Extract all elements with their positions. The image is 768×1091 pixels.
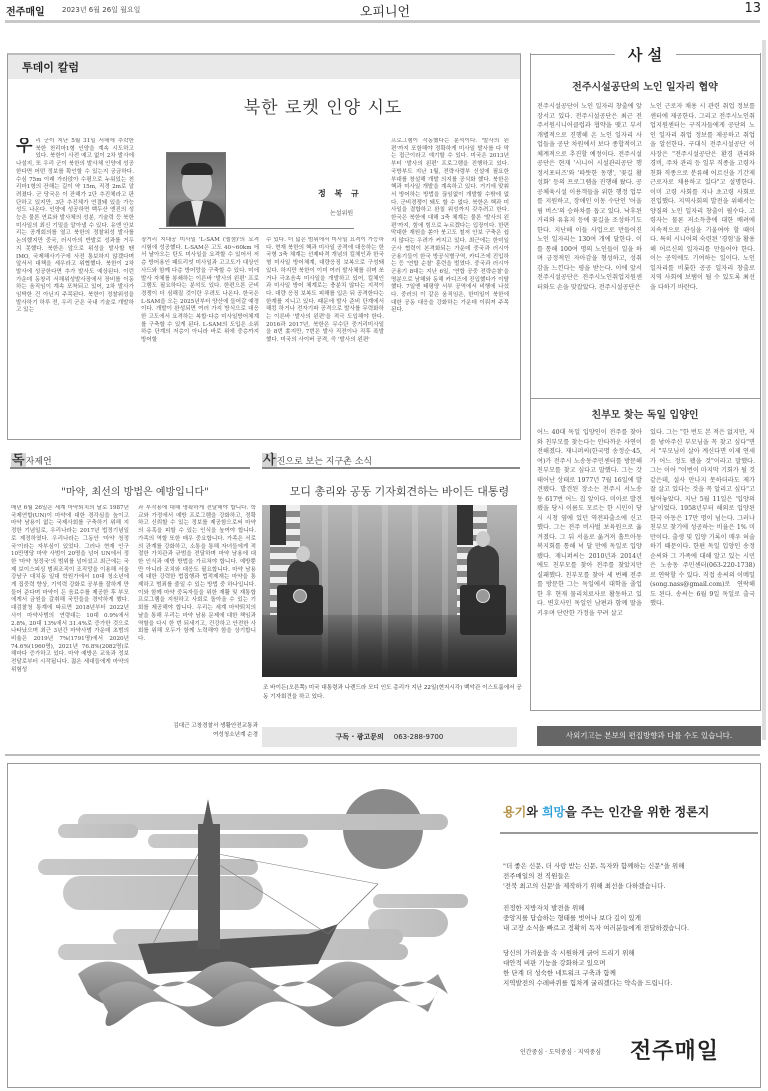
masthead-logo: 전주매일 [6,3,45,18]
editorial-top-rule-right [676,54,761,55]
page-number: 13 [744,1,761,16]
editorial-title: 전주시설공단의 노인 일자리 협약 [535,78,755,93]
reader-header-initial: 독 [11,453,26,468]
photo-news-rule [262,467,520,469]
reader-section-rule [10,467,250,469]
author-role: 논설위원 [330,208,353,217]
ship-illustration-icon [8,764,498,1089]
right-edge-bar [762,40,766,740]
masthead-rule [5,20,760,23]
editorial-body-col1: 전주시설공단이 노인 일자리 창출에 앞장서고 있다. 전주시설공단은 최근 전… [537,102,642,382]
editorial-top-rule-left [530,54,615,55]
photo-news-header-rest: 진으로 보는 지구촌 소식 [277,457,373,467]
ad-paragraph-3: 당신의 가려움을 속 시원하게 긁어 드리기 위해 대안적 비판 기능을 강화하… [503,948,672,988]
subscribe-label: 구독 · 광고문의 [336,733,384,741]
reader-body-col1: 매년 6월 26일은 세계 마약퇴치의 날로 1987년 국제연합(UN)이 마… [11,505,129,745]
ad-paragraph-2: 진정한 지방자치 발전을 위해 중앙지를 답습하는 형태를 벗어나 보다 깊이 … [503,903,689,933]
disclaimer-banner: 사외기고는 본보의 편집방향과 다를 수도 있습니다. [537,726,761,746]
today-column-body-col2: 장거리 지대공 미사일 'L-SAM (엘샘)'의 요격 시험에 성공했다. L… [141,237,259,434]
photo-news-title: 모디 총리와 공동 기자회견하는 바이든 대통령 [262,483,537,499]
today-column-header: 투데이 칼럼 [8,55,520,79]
reader-signature: 김대근 고창경찰서 생활안전교통과 여성청소년계 순경 [148,722,258,740]
essay-title: 친부모 찾는 독일 입양인 [535,406,755,421]
section-title: 오피니언 [340,1,430,20]
essay-body-col1: 어느 40대 독일 입양인이 전주를 찾아와 친부모를 찾는다는 안타까운 사연… [537,428,642,708]
page-divider [5,754,760,756]
author-name: 정 복 규 [318,188,362,199]
photo-caption: 조 바이든(오른쪽) 미국 대통령과 나렌드라 모디 인도 총리가 지난 22일… [263,684,525,702]
photo-news-header-initial: 사 [262,453,277,468]
news-photo [262,505,517,677]
reader-section-header: 독자제언 [11,449,52,468]
ad-slogan: 용기와 희망을 주는 인간을 위한 정론지 [503,803,709,820]
ad-rule [500,832,758,834]
photo-news-header: 사진으로 보는 지구촌 소식 [262,449,372,468]
author-photo [166,152,226,227]
masthead: 전주매일 2023년 6월 26일 월요일 오피니언 13 [0,0,768,22]
subscribe-phone[interactable]: 063-288-9700 [394,733,444,741]
today-column-body-col1: 우리 군이 지난 5월 31일 서해에 추락한 북한 천리마1형 인양을 계속 … [16,138,134,434]
editorial-body-col2: 노인 근로자 채용 시 관련 취업 정보를 센터에 제공한다. 그리고 전주시노… [650,102,755,382]
ad-footer-logo: 전주매일 [630,1034,719,1065]
editorial-header: 사 설 [615,44,675,65]
today-column-body-col3: 수 있다. 더 넓은 범위에서 미사일 요격이 가능하다. 현재 북한의 핵과 … [266,237,384,434]
author-rule [159,228,354,229]
today-column-title: 북한 로켓 인양 시도 [158,93,488,118]
essay-body-col2: 있다. 그는 "한 번도 본 적은 없지만, 저를 낳아주신 부모님을 꼭 찾고… [650,428,755,708]
masthead-date: 2023년 6월 26일 월요일 [62,5,140,15]
reader-header-rest: 자제언 [26,457,52,467]
reader-title: "마약, 최선의 방법은 예방입니다" [10,483,260,498]
reader-body-col2: 과 부작용에 대해 명확하게 전달해야 합니다. 학교와 가정에서 예방 프로그… [138,505,256,718]
dropcap: 우 [16,138,32,155]
today-column: 투데이 칼럼 북한 로켓 인양 시도 정 복 규 논설위원 우리 군이 지난 5… [7,53,521,440]
today-column-header-label: 투데이 칼럼 [22,59,79,75]
ad-paragraph-1: "더 좋은 신문, 더 사랑 받는 신문, 독자와 함께하는 신문"을 위해 전… [503,861,684,891]
subscribe-banner: 구독 · 광고문의063-288-9700 [262,727,517,747]
ad-footer-tagline: 인간중심 · 도덕중심 · 지역중심 [520,1047,601,1056]
today-column-body-col4: 프로그램이 작동했다는 분석이다. '발사의 왼편'까지 포함해야 정확하게 미… [391,138,509,434]
